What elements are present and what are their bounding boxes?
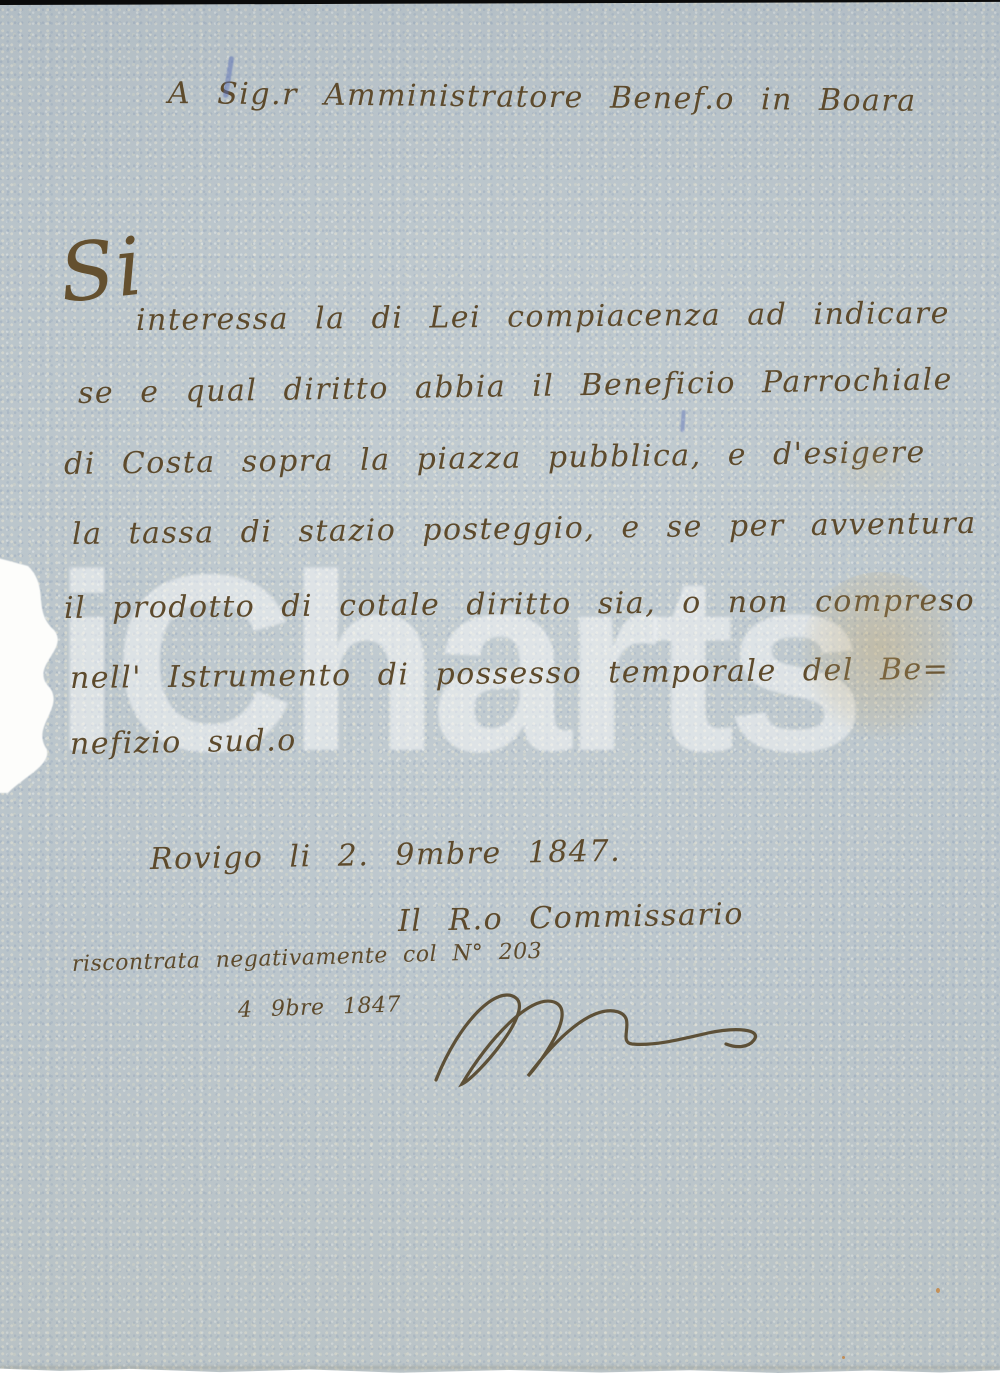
blue-pencil-dash <box>680 410 686 432</box>
body-line-2: se e qual diritto abbia il Beneficio Par… <box>78 362 953 411</box>
address-line: A Sig.r Amministratore Benef.o in Boara <box>168 76 917 119</box>
rust-speck <box>936 1288 940 1293</box>
opening-initial: Si <box>55 220 148 321</box>
body-line-5: il prodotto di cotale diritto sia, o non… <box>64 583 975 626</box>
body-line-3: di Costa sopra la piazza pubblica, e d'e… <box>64 435 926 482</box>
torn-edge-notch <box>0 558 70 793</box>
dateline: Rovigo li 2. 9mbre 1847. <box>150 834 622 877</box>
scanned-letter-page: iCharts A Sig.r Amministratore Benef.o i… <box>0 0 1000 1378</box>
registry-note-line-1: riscontrata negativamente col N° 203 <box>72 939 543 977</box>
signature-flourish <box>418 982 778 1100</box>
body-line-7: nefizio sud.o <box>70 723 297 762</box>
body-line-1: interessa la di Lei compiacenza ad indic… <box>136 296 950 338</box>
body-line-4: la tassa di stazio posteggio, e se per a… <box>72 506 977 552</box>
body-line-6: nell' Istrumento di possesso temporale d… <box>70 652 950 696</box>
signer-title: Il R.o Commissario <box>398 897 745 939</box>
paper-bottom-shadow <box>0 1366 1000 1369</box>
rust-speck-small <box>842 1356 845 1359</box>
registry-note-line-2: 4 9bre 1847 <box>238 992 402 1023</box>
scan-edge-top <box>0 0 1000 5</box>
